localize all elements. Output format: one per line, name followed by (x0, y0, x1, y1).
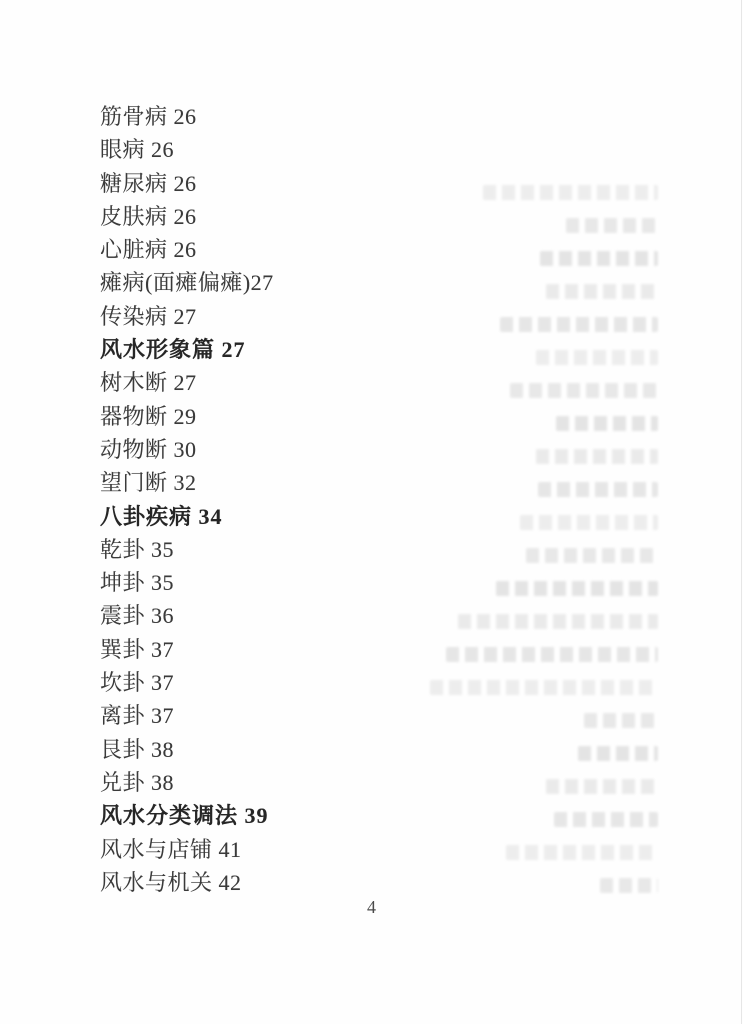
bleedthrough-line (578, 746, 658, 761)
toc-entry: 瘫病(面瘫偏瘫)27 (100, 266, 520, 299)
toc-entry: 巽卦 37 (100, 633, 520, 666)
bleedthrough-line (600, 878, 658, 893)
toc-entry: 筋骨病 26 (100, 100, 520, 133)
toc-entry: 传染病 27 (100, 300, 520, 333)
toc-entry: 风水与机关 42 (100, 866, 520, 899)
toc-entry: 震卦 36 (100, 599, 520, 632)
bleedthrough-line (556, 416, 658, 431)
toc-section-heading: 风水形象篇 27 (100, 333, 520, 366)
bleedthrough-line (510, 383, 658, 398)
page-number: 4 (0, 897, 743, 918)
toc-entry: 树木断 27 (100, 366, 520, 399)
toc-section-heading: 八卦疾病 34 (100, 500, 520, 533)
toc-entry: 乾卦 35 (100, 533, 520, 566)
bleedthrough-line (566, 218, 658, 233)
toc-entry: 兑卦 38 (100, 766, 520, 799)
toc-entry: 风水与店铺 41 (100, 833, 520, 866)
toc-entry: 皮肤病 26 (100, 200, 520, 233)
scan-edge-artifact (741, 0, 742, 1024)
bleedthrough-line (536, 350, 658, 365)
scanned-document-page: 筋骨病 26眼病 26糖尿病 26皮肤病 26心脏病 26瘫病(面瘫偏瘫)27传… (0, 0, 743, 1024)
bleedthrough-line (554, 812, 658, 827)
toc-entry: 坎卦 37 (100, 666, 520, 699)
bleedthrough-line (540, 251, 658, 266)
bleedthrough-line (538, 482, 658, 497)
bleedthrough-line (526, 548, 658, 563)
toc-entry: 望门断 32 (100, 466, 520, 499)
toc-entry: 眼病 26 (100, 133, 520, 166)
toc-entry: 糖尿病 26 (100, 167, 520, 200)
bleedthrough-line (520, 515, 658, 530)
bleedthrough-line (584, 713, 658, 728)
toc-entry: 离卦 37 (100, 699, 520, 732)
toc-entry: 坤卦 35 (100, 566, 520, 599)
toc-entry: 心脏病 26 (100, 233, 520, 266)
toc-entry: 器物断 29 (100, 400, 520, 433)
bleedthrough-line (546, 284, 658, 299)
toc-entry: 动物断 30 (100, 433, 520, 466)
toc-list: 筋骨病 26眼病 26糖尿病 26皮肤病 26心脏病 26瘫病(面瘫偏瘫)27传… (100, 100, 520, 899)
bleedthrough-line (496, 581, 658, 596)
toc-section-heading: 风水分类调法 39 (100, 799, 520, 832)
bleedthrough-line (506, 845, 658, 860)
bleedthrough-line (546, 779, 658, 794)
bleedthrough-line (500, 317, 658, 332)
toc-entry: 艮卦 38 (100, 733, 520, 766)
bleedthrough-line (536, 449, 658, 464)
